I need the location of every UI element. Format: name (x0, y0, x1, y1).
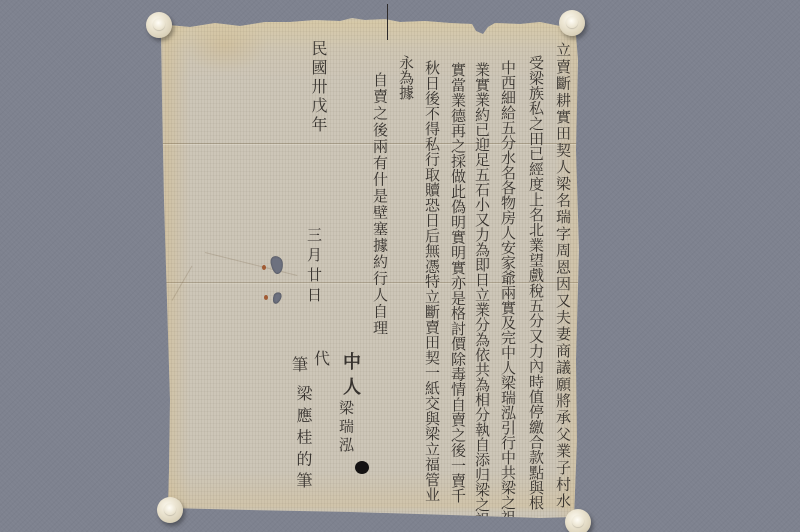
witness-name: 梁瑞泓 (337, 400, 355, 452)
deed-paper: 立賣斷耕實田契人梁名瑞字周恩因又夫妻商議願將承父業子村水 受梁族私之田已經度上名… (0, 0, 800, 532)
witness-label: 中人 (339, 352, 361, 395)
crease-line (205, 252, 297, 276)
date-month-day: 三月廿日 (305, 227, 323, 302)
deed-closing: 永為據 (397, 55, 415, 100)
deed-clause: 自賣之後兩有什是壁塞據約行人自理 (371, 72, 389, 335)
pin-top-right-icon (559, 10, 585, 36)
crease-line (172, 266, 193, 301)
pin-top-left-icon (146, 12, 172, 38)
scribe-label-char-1: 代 (314, 350, 330, 368)
deed-body-column-1: 立賣斷耕實田契人梁名瑞字周恩因又夫妻商議願將承父業子村水 (554, 42, 572, 508)
pin-bottom-left-icon (157, 497, 183, 523)
ink-seal (355, 461, 369, 474)
pin-bottom-right-icon (565, 509, 591, 532)
deed-body-column-2: 受梁族私之田已經度上名北業望戲稅五分又力內時值停繳合款點與根 (527, 55, 545, 510)
date-year: 民國卅戊年 (309, 40, 328, 132)
deed-body-column-4: 業實業約已迎足五石小又力為即日立業分為依共為相分執自添归梁之祖 (473, 62, 491, 505)
paper-hole (271, 291, 283, 305)
stain-spot (262, 265, 266, 270)
scribe-label-char-2: 筆 (292, 356, 308, 374)
loose-thread (387, 4, 388, 40)
background-board: 立賣斷耕實田契人梁名瑞字周恩因又夫妻商議願將承父業子村水 受梁族私之田已經度上名… (0, 0, 800, 532)
deed-body-column-3: 中西細給五分水名各物房人安家爺兩實及完中人梁瑞泓引行中共梁之祖 (499, 60, 517, 508)
scribe-name: 梁應桂的筆 (294, 385, 313, 488)
deed-body-column-5: 實當業德再之採做此偽明實明實亦是格討價除毒情自賣之後一賣千 (449, 62, 467, 503)
stain-spot (264, 295, 268, 300)
deed-body-column-6: 秋日後不得私行取贖恐日后無憑特立斷賣田契一紙交與梁立福管业 (423, 60, 441, 502)
